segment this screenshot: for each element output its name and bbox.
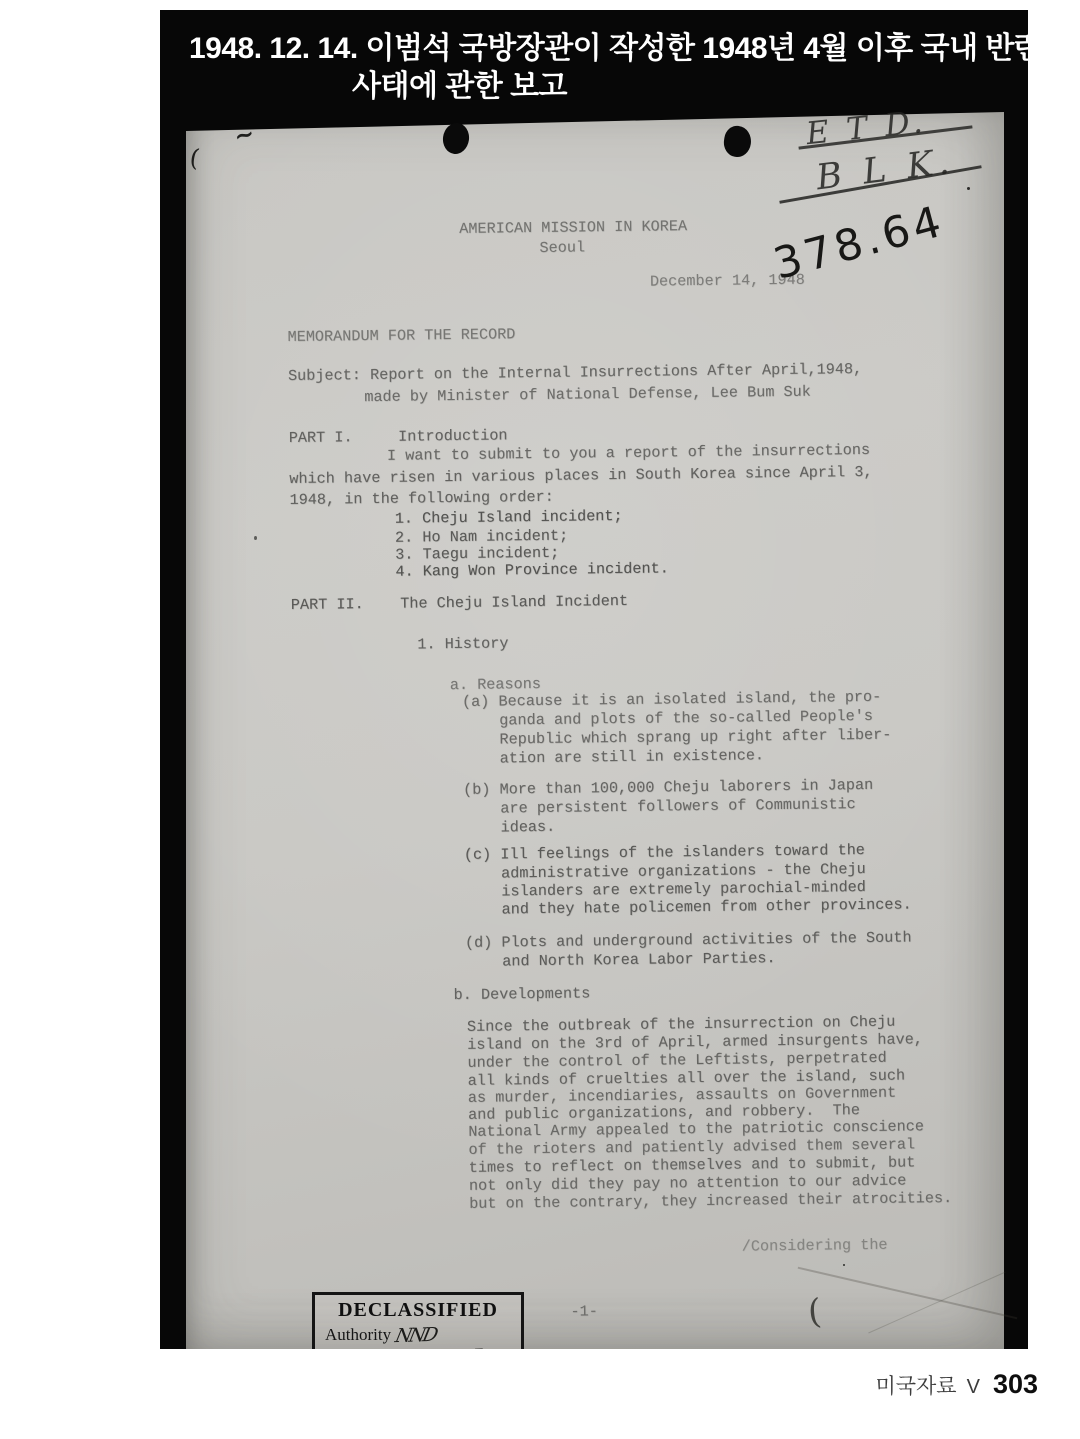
typed-line: b. Developments bbox=[453, 985, 590, 1004]
typed-line: /Considering the bbox=[742, 1237, 888, 1256]
typed-line: Republic which sprang up right after lib… bbox=[499, 727, 891, 749]
authority-signature: NND 020855 bbox=[392, 1321, 522, 1349]
typed-line: 1948, in the following order: bbox=[289, 489, 554, 509]
typed-line: -1- bbox=[570, 1303, 598, 1320]
footer-volume-numeral: V bbox=[967, 1376, 980, 1399]
authority-label: Authority bbox=[325, 1325, 391, 1345]
typed-line: I want to submit to you a report of the … bbox=[387, 442, 870, 465]
page-footer: 미국자료 V 303 bbox=[875, 1369, 1038, 1400]
declassified-stamp-title: DECLASSIFIED bbox=[315, 1299, 521, 1322]
typed-line: and they hate policemen from other provi… bbox=[501, 896, 911, 918]
typed-line: which have risen in various places in So… bbox=[289, 464, 872, 488]
typed-line: 4. Kang Won Province incident. bbox=[395, 560, 669, 580]
typed-line: but on the contrary, they increased thei… bbox=[469, 1190, 952, 1213]
typed-line: Subject: Report on the Internal Insurrec… bbox=[288, 361, 862, 385]
photo-backdrop: 1948. 12. 14. 이범석 국방장관이 작성한 1948년 4월 이후 … bbox=[160, 10, 1028, 1349]
typed-line: Seoul bbox=[539, 239, 585, 257]
typed-line: ation are still in existence. bbox=[500, 747, 765, 767]
footer-source-label: 미국자료 bbox=[875, 1370, 956, 1400]
declassified-stamp: DECLASSIFIED Authority NND 020855 bbox=[312, 1292, 524, 1349]
typed-line: are persistent followers of Communistic bbox=[500, 796, 856, 817]
typed-line: PART I. Introduction bbox=[289, 427, 508, 447]
typed-line: and North Korea Labor Parties. bbox=[502, 950, 776, 970]
typed-line: MEMORANDUM FOR THE RECORD bbox=[287, 326, 515, 346]
typed-line: 1. Cheju Island incident; bbox=[395, 508, 623, 528]
typed-line: 1. History bbox=[417, 635, 508, 653]
authority-scribble: NND bbox=[393, 1324, 437, 1348]
typed-line: PART II. The Cheju Island Incident bbox=[291, 593, 628, 614]
typed-line: AMERICAN MISSION IN KOREA bbox=[459, 218, 687, 238]
typed-line: (d) Plots and underground activities of … bbox=[465, 929, 912, 951]
typed-line: made by Minister of National Defense, Le… bbox=[364, 384, 811, 406]
typed-line: ideas. bbox=[500, 819, 555, 837]
scan-layer: 1948. 12. 14. 이범석 국방장관이 작성한 1948년 4월 이후 … bbox=[160, 10, 1028, 1349]
footer-page-number: 303 bbox=[993, 1369, 1038, 1400]
page: { "header": { "title_line1": "1948. 12. … bbox=[0, 0, 1080, 1439]
declassified-stamp-authority: Authority NND 020855 bbox=[315, 1323, 521, 1349]
